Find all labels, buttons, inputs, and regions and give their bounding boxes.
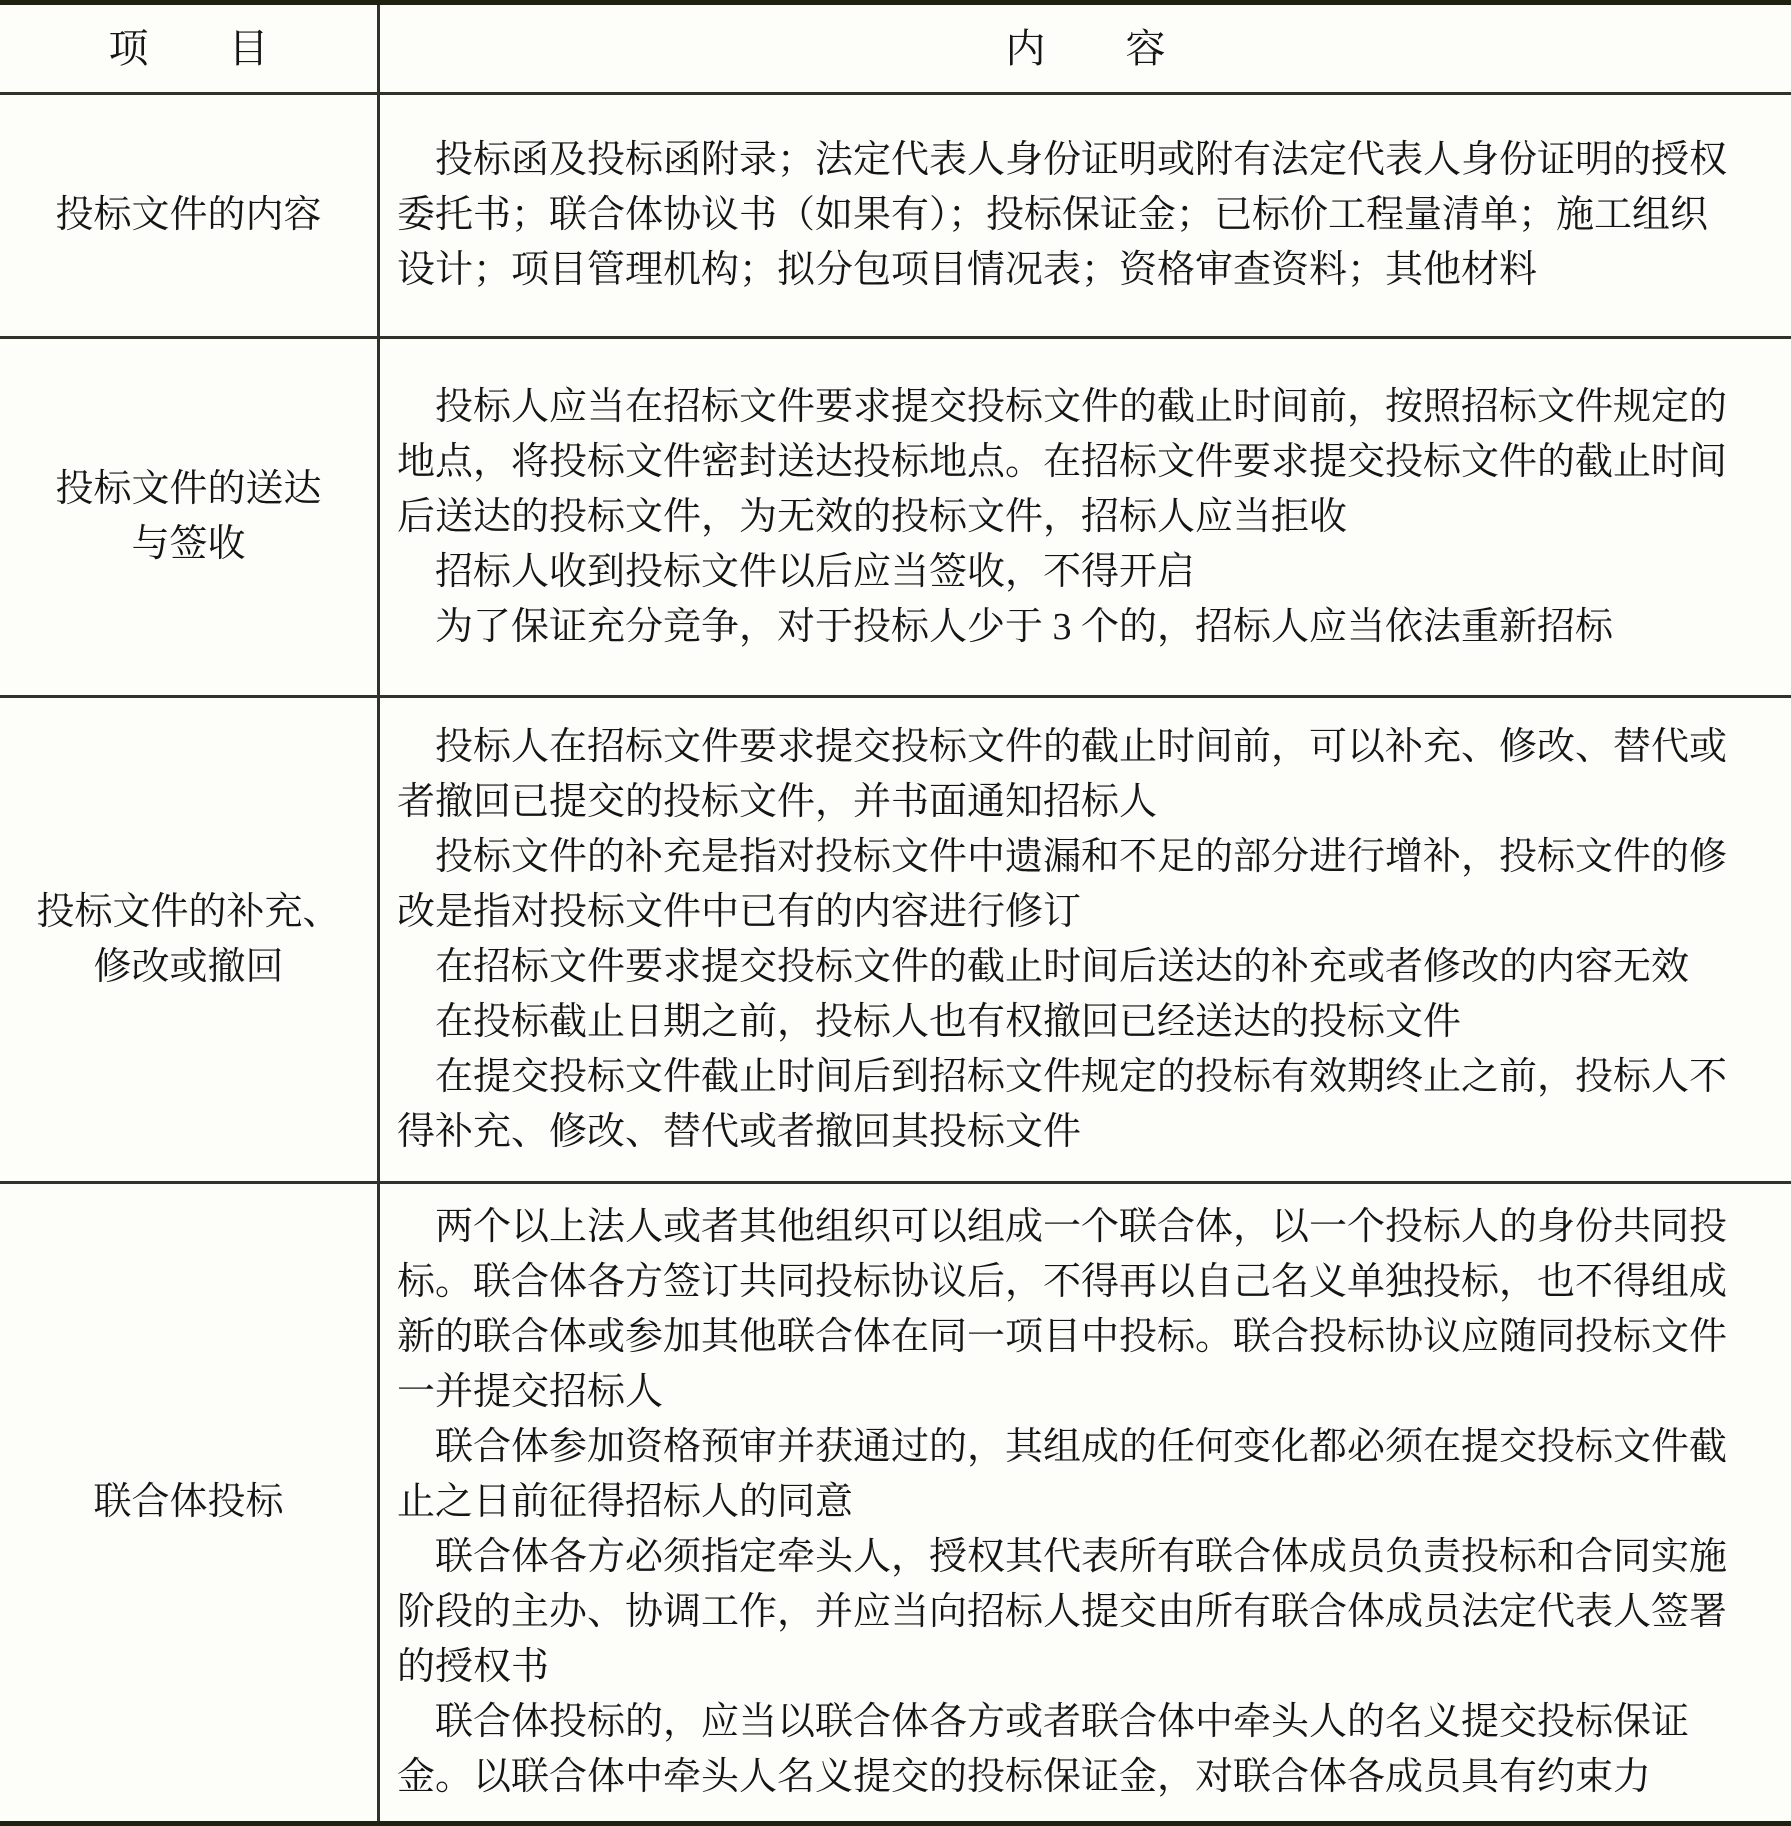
table-bottom-rule — [0, 1821, 1791, 1826]
item-label-line: 与签收 — [131, 517, 245, 572]
item-label-line: 联合体投标 — [93, 1475, 283, 1530]
table-row-delivery-and-receipt: 投标文件的送达 与签收 投标人应当在招标文件要求提交投标文件的截止时间前，按照招… — [0, 339, 1791, 698]
content-paragraph: 投标人应当在招标文件要求提交投标文件的截止时间前，按照招标文件规定的地点，将投标… — [397, 380, 1745, 545]
item-cell: 投标文件的送达 与签收 — [0, 339, 380, 695]
item-cell: 投标文件的补充、 修改或撤回 — [0, 698, 380, 1181]
header-content-label: 内 容 — [1006, 21, 1166, 76]
content-paragraph: 两个以上法人或者其他组织可以组成一个联合体，以一个投标人的身份共同投标。联合体各… — [397, 1200, 1745, 1420]
content-paragraph: 投标函及投标函附录；法定代表人身份证明或附有法定代表人身份证明的授权委托书；联合… — [397, 133, 1745, 298]
item-label-line: 投标文件的补充、 — [36, 885, 340, 940]
header-content-column: 内 容 — [380, 5, 1791, 92]
content-paragraph: 在投标截止日期之前，投标人也有权撤回已经送达的投标文件 — [397, 995, 1745, 1050]
item-label-line: 投标文件的内容 — [55, 188, 321, 243]
content-paragraph: 在提交投标文件截止时间后到招标文件规定的投标有效期终止之前，投标人不得补充、修改… — [397, 1050, 1745, 1160]
bid-document-rules-table: 项 目 内 容 投标文件的内容 投标函及投标函附录；法定代表人身份证明或附有法定… — [0, 0, 1791, 1826]
item-cell: 联合体投标 — [0, 1184, 380, 1821]
content-paragraph: 投标人在招标文件要求提交投标文件的截止时间前，可以补充、修改、替代或者撤回已提交… — [397, 720, 1745, 830]
header-item-label: 项 目 — [109, 21, 269, 76]
content-paragraph: 招标人收到投标文件以后应当签收，不得开启 — [397, 545, 1745, 600]
item-label-line: 投标文件的送达 — [55, 462, 321, 517]
table-row-consortium-bidding: 联合体投标 两个以上法人或者其他组织可以组成一个联合体，以一个投标人的身份共同投… — [0, 1184, 1791, 1821]
content-paragraph: 联合体各方必须指定牵头人，授权其代表所有联合体成员负责投标和合同实施阶段的主办、… — [397, 1530, 1745, 1695]
item-cell: 投标文件的内容 — [0, 95, 380, 336]
content-paragraph: 联合体参加资格预审并获通过的，其组成的任何变化都必须在提交投标文件截止之日前征得… — [397, 1420, 1745, 1530]
content-cell: 投标人在招标文件要求提交投标文件的截止时间前，可以补充、修改、替代或者撤回已提交… — [380, 698, 1791, 1181]
header-item-column: 项 目 — [0, 5, 380, 92]
content-cell: 投标函及投标函附录；法定代表人身份证明或附有法定代表人身份证明的授权委托书；联合… — [380, 95, 1791, 336]
table-row-supplement-modify-withdraw: 投标文件的补充、 修改或撤回 投标人在招标文件要求提交投标文件的截止时间前，可以… — [0, 698, 1791, 1184]
content-paragraph: 为了保证充分竞争，对于投标人少于 3 个的，招标人应当依法重新招标 — [397, 600, 1745, 655]
table-row-bid-document-contents: 投标文件的内容 投标函及投标函附录；法定代表人身份证明或附有法定代表人身份证明的… — [0, 95, 1791, 339]
content-paragraph: 联合体投标的，应当以联合体各方或者联合体中牵头人的名义提交投标保证金。以联合体中… — [397, 1695, 1745, 1805]
table-header-row: 项 目 内 容 — [0, 5, 1791, 95]
content-paragraph: 投标文件的补充是指对投标文件中遗漏和不足的部分进行增补，投标文件的修改是指对投标… — [397, 830, 1745, 940]
content-cell: 两个以上法人或者其他组织可以组成一个联合体，以一个投标人的身份共同投标。联合体各… — [380, 1184, 1791, 1821]
content-cell: 投标人应当在招标文件要求提交投标文件的截止时间前，按照招标文件规定的地点，将投标… — [380, 339, 1791, 695]
item-label-line: 修改或撤回 — [93, 940, 283, 995]
content-paragraph: 在招标文件要求提交投标文件的截止时间后送达的补充或者修改的内容无效 — [397, 940, 1745, 995]
